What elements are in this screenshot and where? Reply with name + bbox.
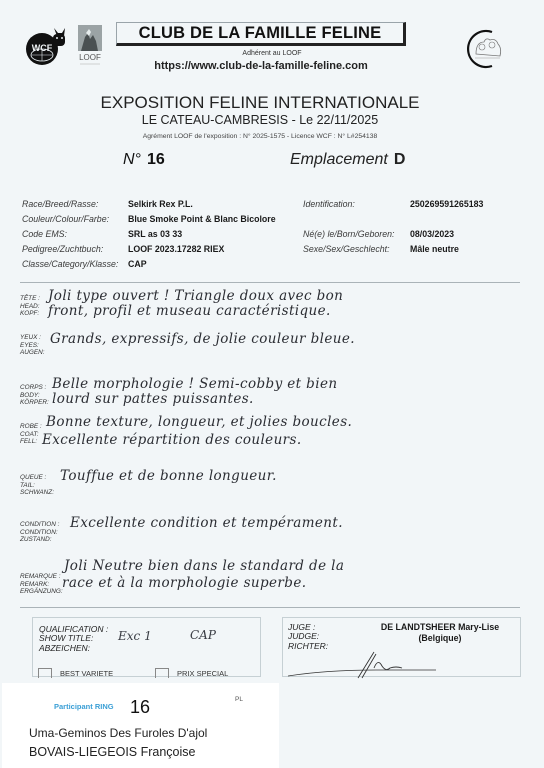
remark-label-fr: REMARQUE : — [20, 573, 63, 581]
coat-comment-line-2: Excellente répartition des couleurs. — [42, 432, 302, 448]
prix-special-label: PRIX SPECIAL — [177, 669, 228, 678]
best-variete-label: BEST VARIETE — [60, 669, 113, 678]
ems-label: Code EMS: — [22, 229, 67, 239]
judging-sheet: WCF LOOF CLUB DE LA FAMILLE FELINE Adhér… — [0, 0, 544, 768]
prix-special-checkbox[interactable] — [155, 668, 169, 678]
coat-label-fr: ROBE : — [20, 423, 42, 431]
breed-label: Race/Breed/Rasse: — [22, 199, 98, 209]
judge-signature-icon — [286, 650, 446, 680]
qualification-title: CAP — [190, 628, 216, 642]
condition-comment-line-1: Excellente condition et tempérament. — [70, 515, 343, 531]
remark-label-de: ERGÄNZUNG: — [20, 588, 63, 596]
participant-ring-label: Participant RING — [54, 702, 114, 711]
class-label: Classe/Category/Klasse: — [22, 259, 118, 269]
condition-label-en: CONDITION: — [20, 529, 59, 537]
participant-owner: BOVAIS-LIEGEOIS Françoise — [29, 745, 196, 759]
exposition-place-date: LE CATEAU-CAMBRESIS - Le 22/11/2025 — [0, 113, 520, 127]
head-section-labels: TÊTE : HEAD: KOPF: — [20, 295, 40, 318]
body-comment-line-2: lourd sur pattes puissantes. — [52, 391, 254, 407]
emplacement: EmplacementD — [290, 151, 405, 169]
identification-label: Identification: — [303, 199, 355, 209]
coat-section-labels: ROBE : COAT: FELL: — [20, 423, 42, 446]
eyes-comment-line-1: Grands, expressifs, de jolie couleur ble… — [50, 331, 355, 347]
eyes-section-labels: YEUX : EYES: AUGEN: — [20, 334, 45, 357]
qualification-labels: QUALIFICATION : SHOW TITLE: ABZEICHEN: — [39, 625, 108, 653]
eyes-label-fr: YEUX : — [20, 334, 45, 342]
tail-label-fr: QUEUE : — [20, 474, 54, 482]
qualification-label-de: ABZEICHEN: — [39, 644, 108, 653]
head-label-en: HEAD: — [20, 303, 40, 311]
participant-number: 16 — [130, 697, 150, 718]
remark-comment-line-2: race et à la morphologie superbe. — [62, 575, 306, 591]
coat-label-de: FELL: — [20, 438, 42, 446]
best-variete-checkbox[interactable] — [38, 668, 52, 678]
born-label: Né(e) le/Born/Geboren: — [303, 229, 394, 239]
colour-label: Couleur/Colour/Farbe: — [22, 214, 109, 224]
emplacement-value: D — [394, 151, 406, 168]
cat-number-label: N° — [123, 151, 141, 168]
tail-label-en: TAIL: — [20, 482, 54, 490]
body-section-labels: CORPS : BODY: KÖRPER: — [20, 384, 49, 407]
qualification-value: Exc 1 — [118, 629, 152, 643]
pedigree-value: LOOF 2023.17282 RIEX — [128, 244, 224, 254]
eyes-label-en: EYES: — [20, 342, 45, 350]
head-comment-line-2: front, profil et museau caractéristique. — [48, 303, 331, 319]
coat-label-en: COAT: — [20, 431, 42, 439]
born-value: 08/03/2023 — [410, 229, 454, 239]
club-name: CLUB DE LA FAMILLE FELINE — [116, 22, 406, 46]
participant-cat-name: Uma-Geminos Des Furoles D'ajol — [29, 726, 207, 740]
participant-pl: PL — [235, 696, 243, 703]
remark-comment-line-1: Joli Neutre bien dans le standard de la — [64, 558, 344, 574]
cat-number: N°16 — [123, 151, 165, 169]
head-label-fr: TÊTE : — [20, 295, 40, 303]
judge-country: (Belgique) — [340, 633, 540, 643]
tail-comment-line-1: Touffue et de bonne longueur. — [60, 468, 277, 484]
identification-value: 250269591265183 — [410, 199, 483, 209]
remark-section-labels: REMARQUE : REMARK: ERGÄNZUNG: — [20, 573, 63, 596]
emplacement-label: Emplacement — [290, 151, 388, 168]
body-comment-line-1: Belle morphologie ! Semi-cobby et bien — [52, 376, 337, 392]
condition-section-labels: CONDITION : CONDITION: ZUSTAND: — [20, 521, 59, 544]
class-value: CAP — [128, 259, 147, 269]
judge-name: DE LANDTSHEER Mary-Lise — [340, 622, 540, 632]
body-label-fr: CORPS : — [20, 384, 49, 392]
cat-number-value: 16 — [147, 151, 165, 168]
tail-label-de: SCHWANZ: — [20, 489, 54, 497]
colour-value: Blue Smoke Point & Blanc Bicolore — [128, 214, 276, 224]
condition-label-de: ZUSTAND: — [20, 536, 59, 544]
exposition-title: EXPOSITION FELINE INTERNATIONALE — [0, 93, 520, 113]
breed-value: Selkirk Rex P.L. — [128, 199, 193, 209]
club-logo-icon — [462, 26, 506, 72]
participant-sticker: Participant RING 16 PL Uma-Geminos Des F… — [2, 683, 279, 768]
condition-label-fr: CONDITION : — [20, 521, 59, 529]
pedigree-label: Pedigree/Zuchtbuch: — [22, 244, 103, 254]
sex-label: Sexe/Sex/Geschlecht: — [303, 244, 390, 254]
eyes-label-de: AUGEN: — [20, 349, 45, 357]
sex-value: Mâle neutre — [410, 244, 459, 254]
head-label-de: KOPF: — [20, 310, 40, 318]
ems-value: SRL as 03 33 — [128, 229, 182, 239]
tail-section-labels: QUEUE : TAIL: SCHWANZ: — [20, 474, 54, 497]
club-url-link[interactable]: https://www.club-de-la-famille-feline.co… — [0, 60, 522, 72]
coat-comment-line-1: Bonne texture, longueur, et jolies boucl… — [46, 414, 352, 430]
body-label-de: KÖRPER: — [20, 399, 49, 407]
divider — [20, 282, 520, 283]
judge-labels: JUGE : JUDGE: RICHTER: — [288, 623, 328, 651]
divider — [20, 607, 520, 608]
exposition-agrement: Agrément LOOF de l'exposition : N° 2025-… — [0, 133, 520, 140]
head-comment-line-1: Joli type ouvert ! Triangle doux avec bo… — [48, 288, 343, 304]
